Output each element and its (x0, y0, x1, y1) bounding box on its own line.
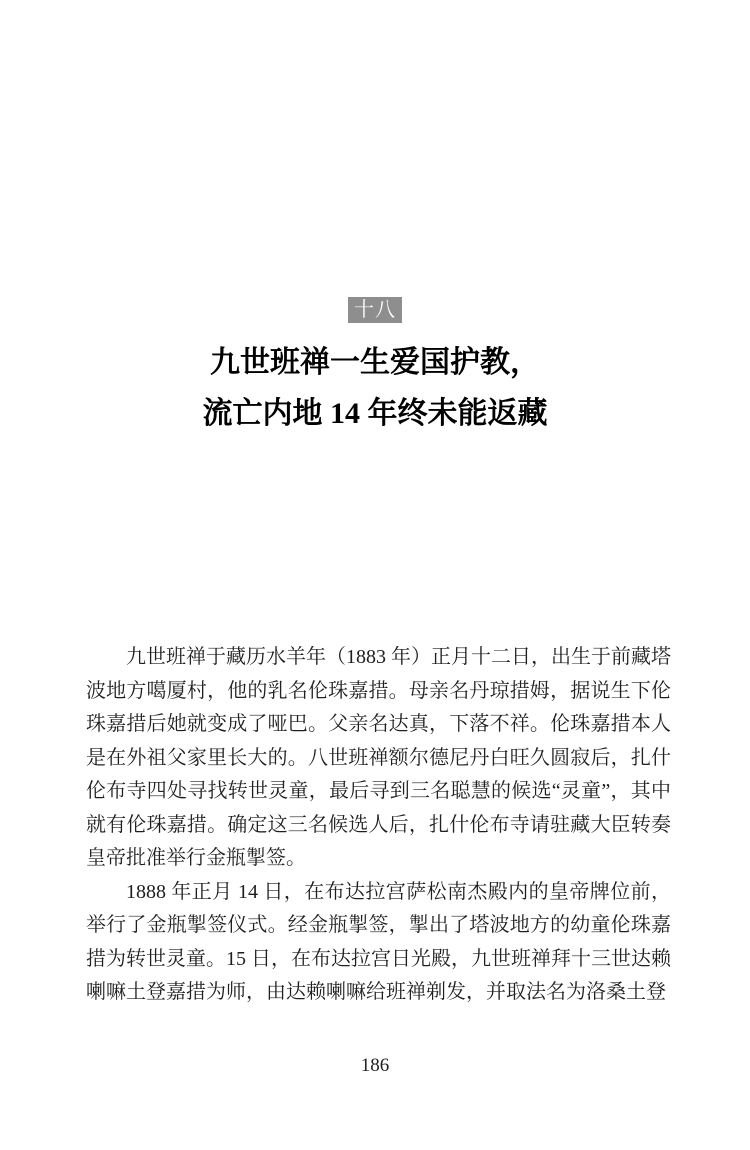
chapter-title-line-2: 流亡内地 14 年终未能返藏 (0, 388, 750, 439)
chapter-title-line-1: 九世班禅一生爱国护教， (0, 337, 750, 388)
paragraph-2: 1888 年正月 14 日，在布达拉宫萨松南杰殿内的皇帝牌位前，举行了金瓶掣签仪… (86, 876, 671, 1010)
book-page: 十八 九世班禅一生爱国护教， 流亡内地 14 年终未能返藏 九世班禅于藏历水羊年… (0, 0, 750, 1150)
page-number: 186 (0, 1055, 750, 1077)
body-text: 九世班禅于藏历水羊年（1883 年）正月十二日，出生于前藏塔波地方噶厦村，他的乳… (86, 641, 671, 1010)
paragraph-1: 九世班禅于藏历水羊年（1883 年）正月十二日，出生于前藏塔波地方噶厦村，他的乳… (86, 641, 671, 876)
chapter-title: 九世班禅一生爱国护教， 流亡内地 14 年终未能返藏 (0, 337, 750, 439)
chapter-number-badge: 十八 (348, 297, 402, 323)
